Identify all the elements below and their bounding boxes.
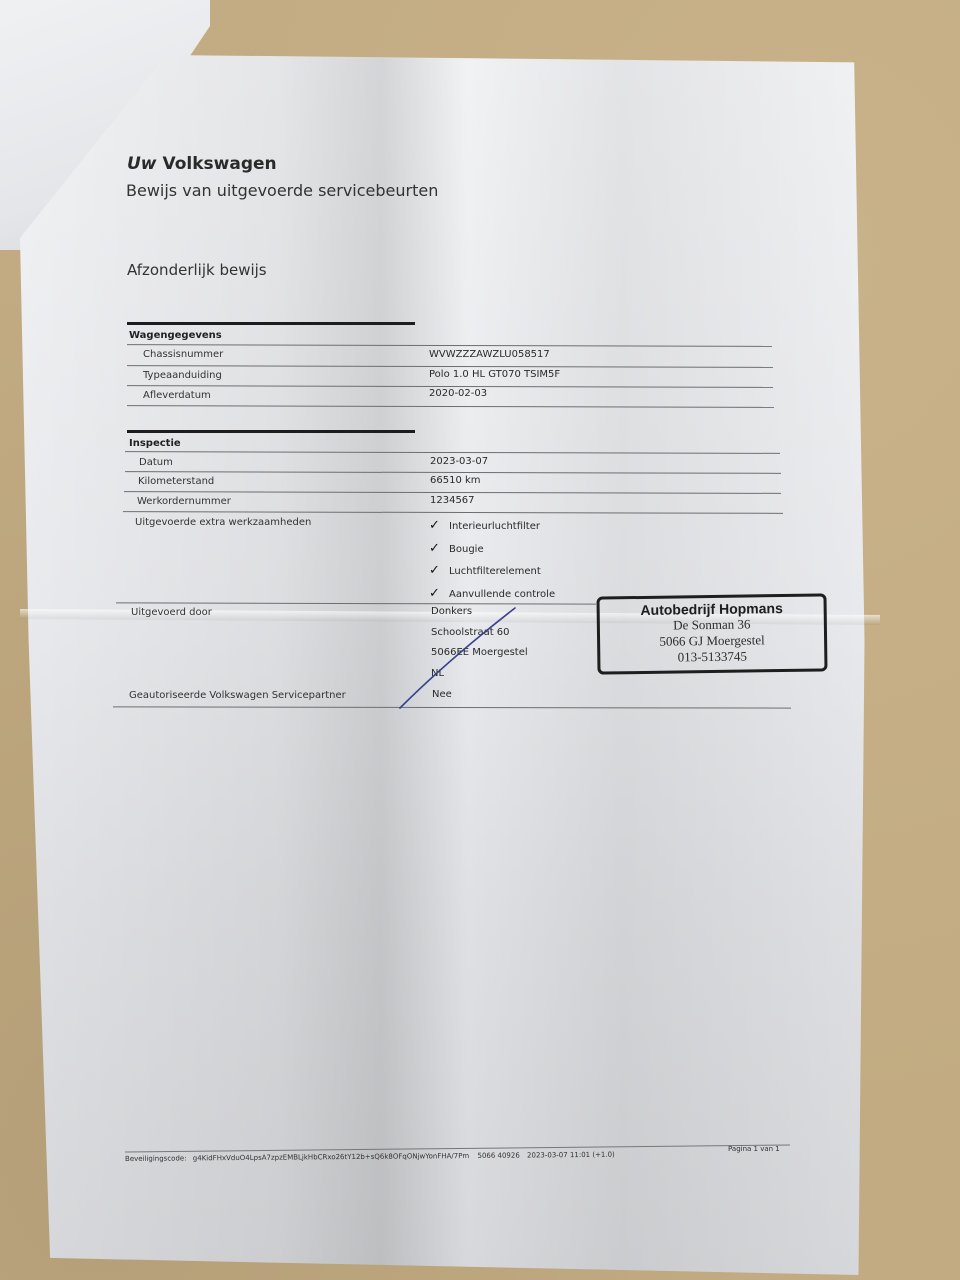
footer-security-line: Beveiligingscode: g4KidFHxVduO4LpsA7zpzE…: [125, 1151, 615, 1163]
extra-work-item: ✓ Interieurluchtfilter: [429, 514, 540, 533]
checkmark-icon: ✓: [429, 563, 440, 578]
inspection-row-value: 2023-03-07: [430, 456, 488, 467]
vehicle-row-value: WVWZZZAWZLU058517: [429, 349, 550, 360]
extra-work-item: ✓ Luchtfilterelement: [429, 559, 541, 578]
inspection-group-label: Inspectie: [129, 438, 181, 449]
inspection-row-value: 1234567: [430, 495, 475, 506]
service-proof-document: UwVolkswagen Bewijs van uitgevoerde serv…: [0, 0, 960, 1280]
page-number: Pagina 1 van 1: [728, 1145, 780, 1153]
row-divider: [127, 365, 773, 368]
section-rule: [127, 322, 415, 325]
vehicle-row-label: Typeaanduiding: [143, 370, 222, 381]
document-subtitle: Bewijs van uitgevoerde servicebeurten: [126, 181, 438, 200]
authorized-partner-label: Geautoriseerde Volkswagen Servicepartner: [129, 690, 346, 701]
row-divider: [124, 491, 781, 494]
extra-work-item: ✓ Aanvullende controle: [429, 582, 555, 601]
extra-work-label: Uitgevoerde extra werkzaamheden: [135, 517, 311, 528]
vehicle-row-value: Polo 1.0 HL GT070 TSIM5F: [429, 369, 560, 380]
section-rule: [127, 430, 415, 433]
checkmark-icon: ✓: [429, 541, 440, 556]
print-timestamp: 2023-03-07 11:01 (+1.0): [527, 1151, 615, 1160]
vehicle-group-label: Wagengegevens: [129, 330, 222, 341]
extra-work-item: ✓ Bougie: [429, 537, 484, 556]
pen-strike-mark: [395, 603, 525, 713]
inspection-row-label: Datum: [139, 457, 173, 468]
dealer-code: 5066 40926: [477, 1152, 519, 1160]
brand-name: Volkswagen: [163, 154, 277, 174]
performed-by-label: Uitgevoerd door: [131, 607, 212, 618]
checkmark-icon: ✓: [429, 586, 440, 601]
row-divider: [125, 471, 781, 474]
inspection-row-label: Werkordernummer: [137, 496, 231, 507]
vehicle-row-value: 2020-02-03: [429, 388, 487, 399]
security-code: g4KidFHxVduO4LpsA7zpzEMBLjkHbCRxo26tY12b…: [193, 1152, 470, 1162]
stamp-phone: 013-5133745: [600, 647, 824, 666]
brand-title: UwVolkswagen: [127, 154, 277, 174]
extra-work-item-label: Luchtfilterelement: [449, 566, 541, 577]
row-divider: [125, 451, 780, 454]
security-code-label: Beveiligingscode:: [125, 1154, 187, 1163]
row-divider: [127, 344, 772, 347]
vehicle-row-label: Chassisnummer: [143, 349, 223, 360]
extra-work-item-label: Bougie: [449, 544, 484, 555]
dealer-stamp: Autobedrijf Hopmans De Sonman 36 5066 GJ…: [596, 593, 827, 674]
inspection-row-label: Kilometerstand: [138, 476, 214, 487]
row-divider: [127, 405, 774, 408]
inspection-row-value: 66510 km: [430, 475, 481, 486]
checkmark-icon: ✓: [429, 518, 440, 533]
brand-prefix: Uw: [127, 154, 157, 174]
vehicle-row-label: Afleverdatum: [143, 390, 211, 401]
section-title: Afzonderlijk bewijs: [127, 261, 267, 279]
extra-work-item-label: Interieurluchtfilter: [449, 521, 540, 532]
extra-work-item-label: Aanvullende controle: [449, 589, 555, 600]
